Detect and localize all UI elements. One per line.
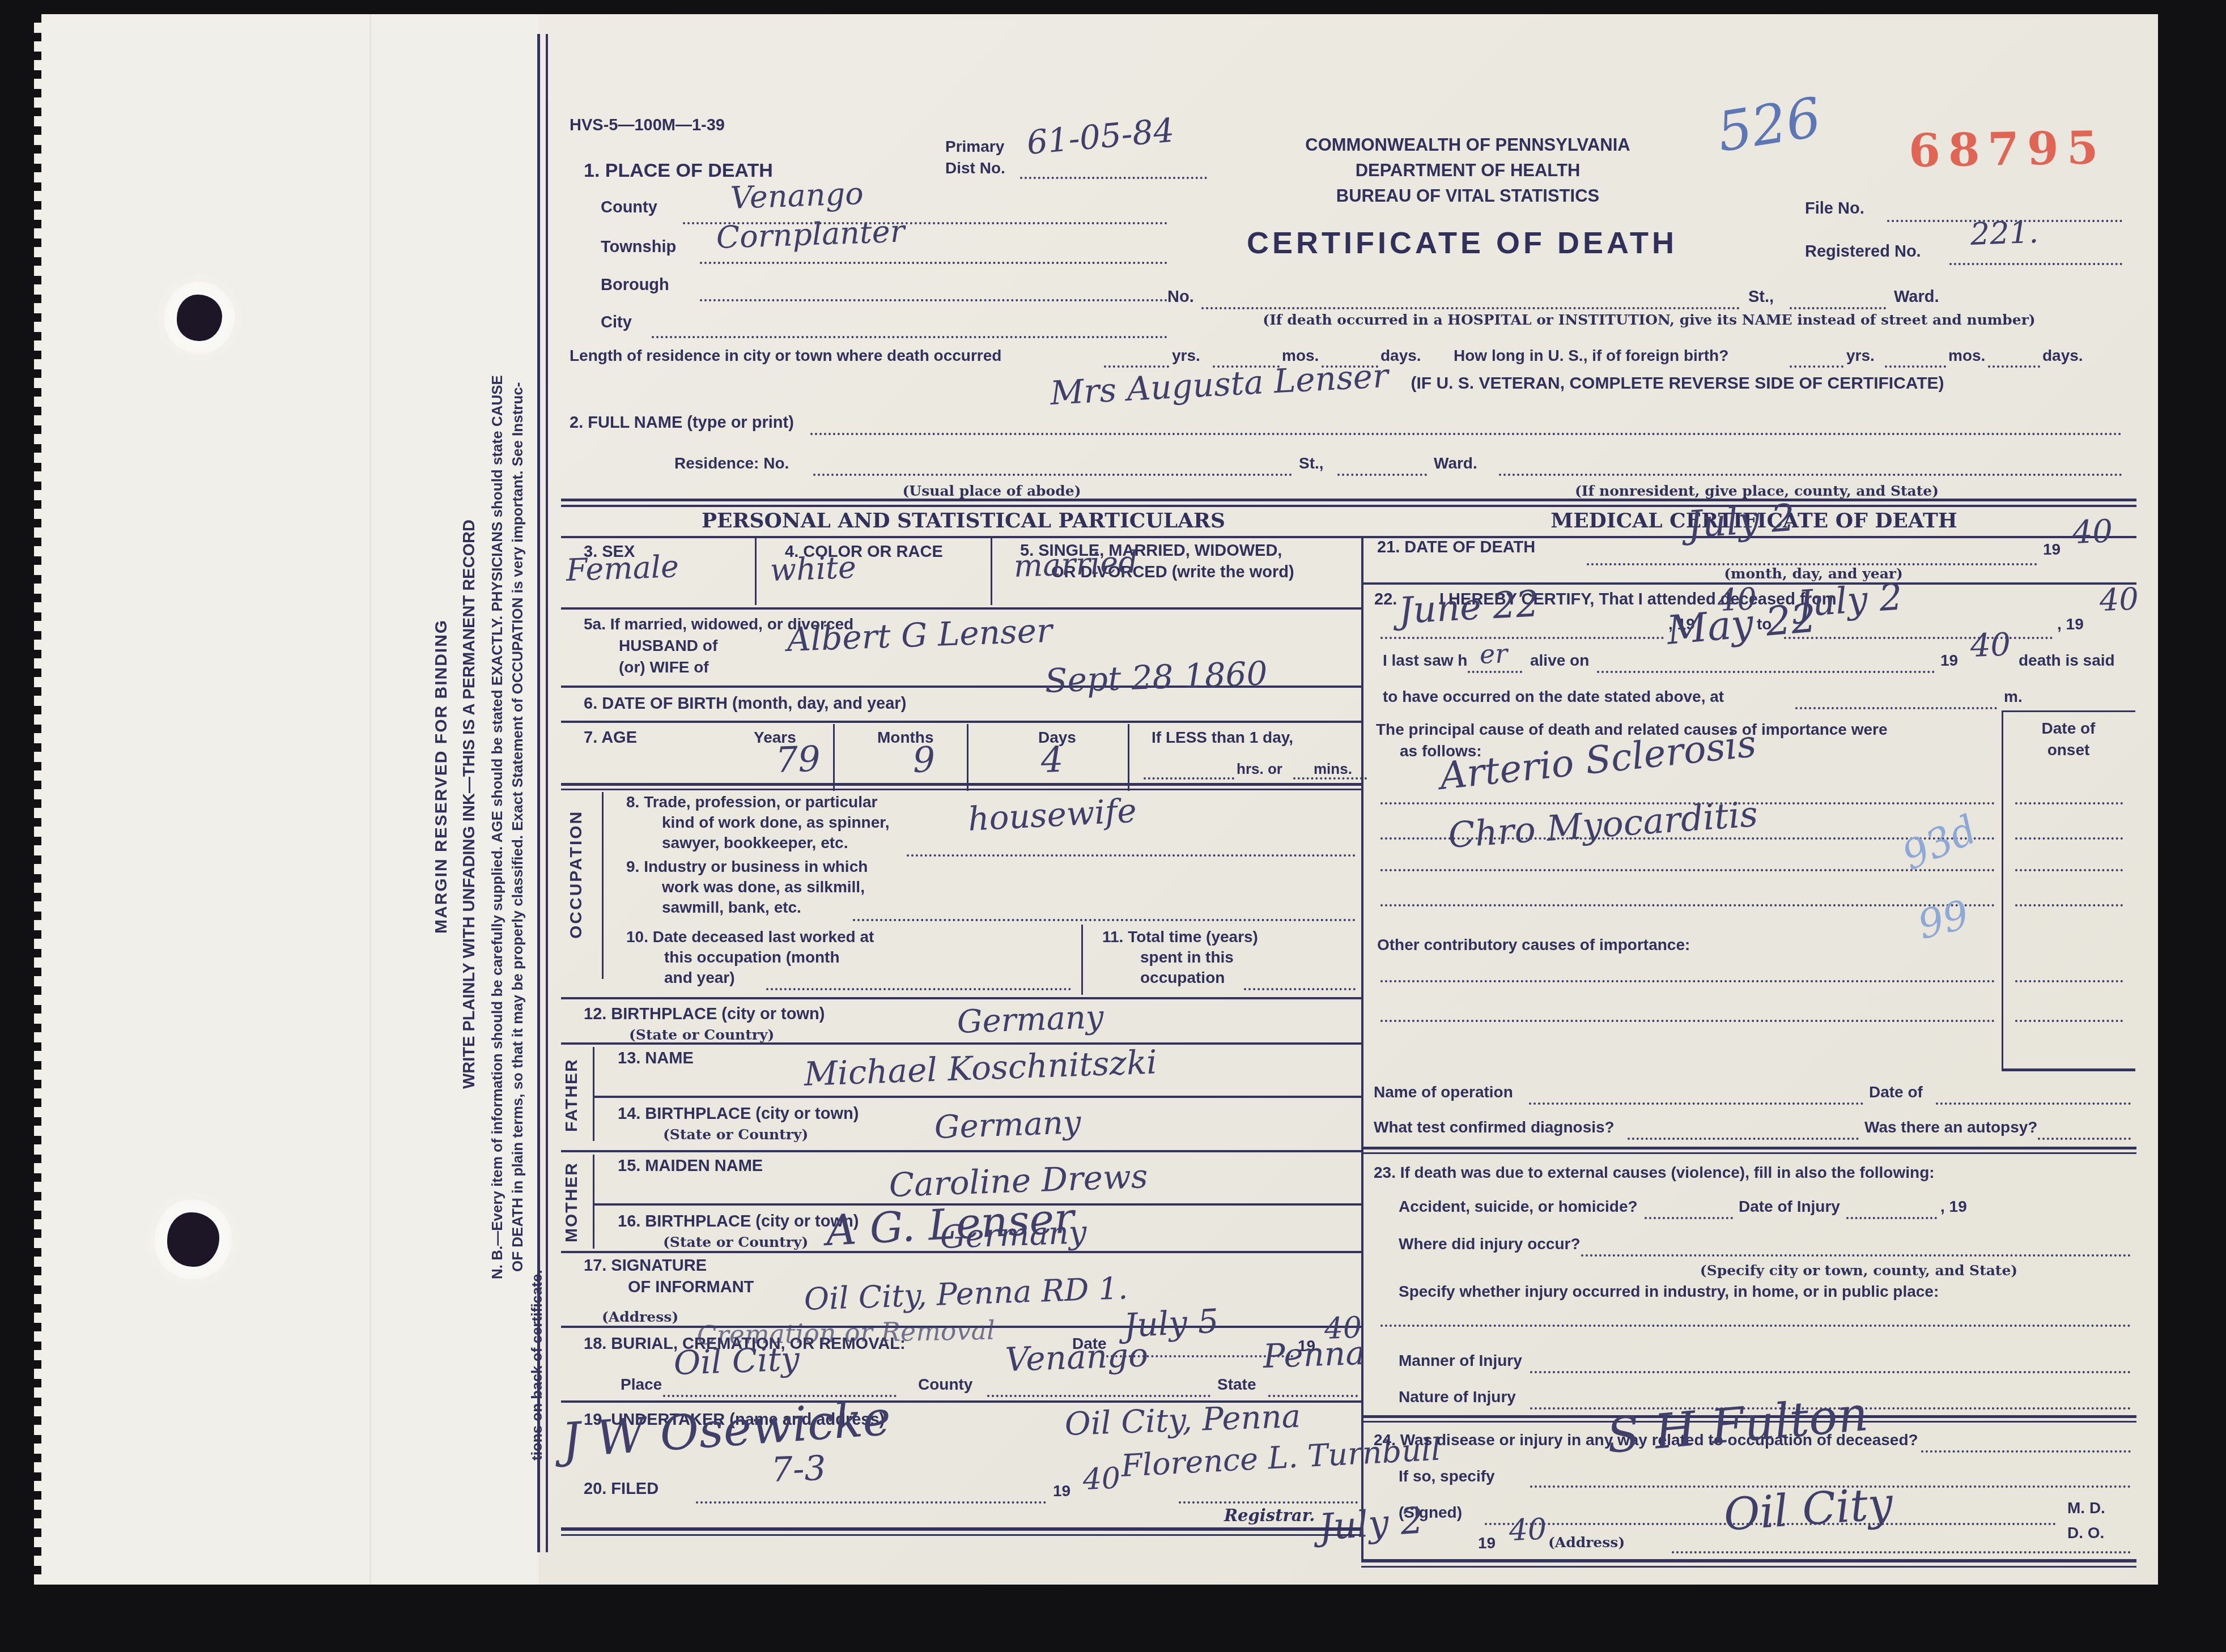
registrar-line: [1179, 1501, 1358, 1504]
rule-under-14: [561, 1150, 1361, 1152]
rule-under-6: [561, 721, 1361, 723]
township-value: Cornplanter: [716, 213, 906, 256]
crease-line: [369, 14, 371, 1585]
us-days-label: days.: [2042, 347, 2083, 365]
accident-line: [1645, 1217, 1733, 1219]
mins-label: mins.: [1314, 760, 1352, 778]
sep-10-11: [1081, 925, 1083, 995]
dod-year-value: 40: [2072, 513, 2113, 551]
us-mos-label: mos.: [1948, 347, 1985, 365]
age-months-value: 9: [912, 739, 936, 781]
township-line: [700, 262, 1167, 264]
birthplace-label: 12. BIRTHPLACE (city or town): [584, 1005, 825, 1024]
test-label: What test confirmed diagnosis?: [1374, 1118, 1615, 1136]
occupation-bracket: [602, 792, 604, 979]
operation-date-line: [1936, 1102, 2131, 1105]
rule-under-12: [561, 1042, 1361, 1045]
burial-county-label: County: [918, 1376, 972, 1394]
burial-county-line: [987, 1395, 1210, 1397]
punch-hole-bottom: [167, 1212, 219, 1267]
file-no-label: File No.: [1805, 199, 1864, 218]
date-of-death-value: July 2: [1686, 496, 1796, 547]
attended-to-line: [1784, 637, 2053, 639]
occupation-side-label: OCCUPATION: [567, 792, 586, 956]
filed-label: 20. FILED: [584, 1480, 659, 1498]
mother-birthplace-subnote: (State or Country): [663, 1234, 808, 1250]
cause-line-3: [1380, 869, 1995, 871]
hrs-label: hrs. or: [1237, 760, 1282, 778]
rule-under-occupation: [561, 997, 1361, 999]
section-divider-rule: [561, 499, 2136, 501]
certificate-title: CERTIFICATE OF DEATH: [1207, 225, 1717, 261]
occupation-related-line: [1921, 1450, 2131, 1453]
burial-state-line: [1268, 1395, 1358, 1397]
injury-19-label: , 19: [1940, 1198, 1967, 1216]
maiden-name-label: 15. MAIDEN NAME: [618, 1157, 763, 1176]
rule-under-13: [593, 1096, 1361, 1098]
residence-no-line: [813, 474, 1292, 476]
attended-from-line: [1380, 637, 1664, 639]
filed-date-value: 7-3: [771, 1449, 827, 1490]
sep-4-5: [991, 538, 992, 605]
margin-note-ink: WRITE PLAINLY WITH UNFADING INK—THIS IS …: [460, 272, 479, 1337]
onset-line-5: [2015, 980, 2123, 982]
dod-19-label: 19: [2043, 540, 2061, 559]
test-line: [1628, 1138, 1859, 1140]
trade-label-3: sawyer, bookkeeper, etc.: [662, 834, 848, 852]
last-saw-gender-line: [1468, 671, 1522, 673]
date-of-death-label: 21. DATE OF DEATH: [1377, 538, 1535, 557]
industry-line: [853, 919, 1356, 921]
mother-birthplace-label: 16. BIRTHPLACE (city or town): [618, 1212, 859, 1231]
to-19-label: , 19: [2057, 615, 2084, 633]
total-time-label-2: spent in this: [1140, 948, 1234, 966]
onset-line-4: [2015, 904, 2123, 906]
industry-home-label: Specify whether injury occurred in indus…: [1399, 1283, 1939, 1301]
autopsy-label: Was there an autopsy?: [1864, 1118, 2037, 1136]
industry-label-1: 9. Industry or business in which: [626, 858, 868, 876]
onset-line-2: [2015, 837, 2123, 840]
hospital-no-line: [1201, 307, 1740, 309]
industry-label-2: work was done, as silkmill,: [662, 878, 865, 896]
father-birthplace-subnote: (State or Country): [663, 1126, 808, 1143]
abode-note: (Usual place of abode): [810, 483, 1173, 499]
full-name-line: [810, 433, 2122, 435]
total-time-label-1: 11. Total time (years): [1102, 928, 1258, 946]
death-is-said-label: death is said: [2019, 652, 2115, 670]
us-yrs-line: [1790, 365, 1843, 368]
burial-county-value: Venango: [1005, 1335, 1149, 1379]
last-saw-gender-value: er: [1479, 638, 1508, 670]
injury-date-line: [1846, 1217, 1937, 1219]
section-divider-rule2: [561, 505, 2136, 507]
sep-days-less: [1128, 724, 1129, 791]
burial-place-value: Oil City: [673, 1339, 800, 1382]
operation-label: Name of operation: [1374, 1083, 1513, 1101]
father-birthplace-label: 14. BIRTHPLACE (city or town): [618, 1105, 859, 1123]
informant-address-label: (Address): [602, 1309, 678, 1325]
dob-value: Sept 28 1860: [1044, 654, 1268, 700]
last-worked-label-3: and year): [664, 969, 735, 987]
registered-no-value: 221.: [1970, 214, 2039, 252]
stamped-serial-number: 68795: [1908, 121, 2106, 177]
mother-side-label: MOTHER: [562, 1153, 581, 1251]
onset-header-1: Date of: [2002, 719, 2135, 738]
filed-19-label: 19: [1053, 1482, 1070, 1500]
place-of-death-heading: 1. PLACE OF DEATH: [584, 160, 773, 182]
hospital-note: (If death occurred in a HOSPITAL or INST…: [1167, 312, 2131, 328]
age-years-value: 79: [775, 738, 821, 781]
sep-3-4: [755, 538, 757, 605]
contributory-line-1: [1380, 980, 1995, 982]
heading-underline: [561, 536, 2136, 538]
last-worked-label-2: this occupation (month: [664, 948, 840, 966]
rule-under-7b: [561, 789, 1361, 790]
birthplace-subnote: (State or Country): [629, 1027, 774, 1043]
trade-label-2: kind of work done, as spinner,: [662, 814, 889, 832]
occurred-label: to have occurred on the date stated abov…: [1383, 688, 1724, 706]
column-divider: [1361, 536, 1363, 1559]
less-than-day-label: If LESS than 1 day,: [1152, 729, 1293, 747]
signed-19-label: 19: [1478, 1534, 1496, 1552]
full-name-label: 2. FULL NAME (type or print): [570, 414, 794, 432]
md-label: M. D.: [2067, 1499, 2105, 1517]
onset-box-bottom-border: [2002, 1068, 2135, 1071]
us-mos-line: [1885, 365, 1946, 368]
onset-box-left-border: [2002, 710, 2003, 1070]
mother-bracket: [593, 1155, 594, 1249]
margin-rule-outer: [537, 34, 540, 1552]
bottom-rule-left2: [561, 1534, 1361, 1536]
margin-note-binding: MARGIN RESERVED FOR BINDING: [432, 317, 451, 1235]
birthplace-value: Germany: [957, 999, 1104, 1041]
husband-of-label: HUSBAND of: [619, 637, 717, 655]
left-column-heading: PERSONAL AND STATISTICAL PARTICULARS: [567, 509, 1360, 533]
rule-under-7: [561, 783, 1361, 786]
certify-number: 22.: [1374, 590, 1397, 609]
specify-city-note: (Specify city or town, county, and State…: [1660, 1262, 2057, 1279]
contributory-label: Other contributory causes of importance:: [1377, 936, 1690, 954]
margin-note-nb: N. B.—Every item of information should b…: [488, 113, 506, 1541]
signed-address-line: [1672, 1551, 2131, 1553]
last-saw-19-label: 19: [1940, 652, 1958, 670]
rule-under-op2: [1361, 1152, 2136, 1154]
informant-signature-label: 17. SIGNATURE: [584, 1257, 707, 1275]
filed-date-line: [696, 1501, 1046, 1504]
bottom-rule-right2: [1361, 1566, 2136, 1568]
last-saw-year-value: 40: [1970, 627, 2011, 665]
operation-line: [1529, 1102, 1863, 1105]
wife-of-label: (or) WIFE of: [619, 658, 709, 676]
onset-line-6: [2015, 1020, 2123, 1022]
borough-line: [700, 299, 1167, 301]
age-days-value: 4: [1040, 739, 1064, 781]
autopsy-line: [2038, 1138, 2131, 1140]
do-label: D. O.: [2067, 1524, 2104, 1542]
contributory-line-2: [1380, 1020, 1995, 1022]
dob-label: 6. DATE OF BIRTH (month, day, and year): [584, 695, 906, 713]
ward-label: Ward.: [1894, 288, 1939, 306]
burial-state-label: State: [1217, 1376, 1256, 1394]
manner-injury-line: [1530, 1371, 2131, 1373]
where-injury-line: [1581, 1254, 2131, 1257]
external-causes-label: 23. If death was due to external causes …: [1374, 1164, 1935, 1182]
res-yrs-line: [1104, 365, 1169, 368]
total-time-label-3: occupation: [1140, 969, 1225, 987]
last-saw-label-1: I last saw h: [1383, 652, 1467, 670]
father-birthplace-value: Germany: [934, 1104, 1082, 1146]
hrs-line: [1144, 777, 1234, 780]
sep-months-days: [967, 724, 968, 791]
serrated-binding-edge: [34, 14, 41, 1585]
residence-no-label: Residence: No.: [674, 454, 789, 472]
residence-length-label: Length of residence in city or town wher…: [570, 347, 1001, 365]
nature-injury-label: Nature of Injury: [1399, 1388, 1516, 1406]
marital-value: married: [1013, 544, 1139, 584]
last-saw-label-2: alive on: [1530, 652, 1589, 670]
rule-under-16: [561, 1251, 1361, 1253]
registrar-label: Registrar.: [1224, 1506, 1315, 1525]
industry-home-line: [1380, 1325, 2131, 1327]
sep-years-months: [833, 724, 835, 791]
total-time-line: [1244, 988, 1356, 990]
city-label: City: [601, 313, 632, 332]
registered-no-label: Registered No.: [1805, 242, 1921, 261]
trade-label-1: 8. Trade, profession, or particular: [626, 793, 877, 811]
father-side-label: FATHER: [562, 1047, 581, 1143]
township-label: Township: [601, 238, 676, 257]
filed-year-value: 40: [1082, 1462, 1121, 1497]
county-value: Venango: [730, 176, 864, 216]
signed-address-label: (Address): [1548, 1534, 1625, 1551]
onset-header-2: onset: [2002, 741, 2135, 759]
margin-note-cause: OF DEATH in plain terms, so that it may …: [509, 113, 526, 1541]
how-long-us-label: How long in U. S., if of foreign birth?: [1454, 347, 1728, 365]
accident-label: Accident, suicide, or homicide?: [1399, 1198, 1638, 1216]
residence-ward-label: Ward.: [1434, 454, 1477, 472]
to-year-value: 40: [2099, 581, 2139, 618]
burial-state-value: Penna: [1263, 1334, 1366, 1376]
operation-date-label: Date of: [1869, 1083, 1923, 1101]
form-number: HVS-5—100M—1-39: [570, 116, 725, 135]
bottom-rule-right: [1361, 1559, 2136, 1562]
attended-from-value: June 22: [1397, 583, 1540, 632]
father-bracket: [593, 1047, 594, 1141]
onset-box-top-border: [2002, 710, 2135, 712]
hospital-no-label: No.: [1167, 288, 1194, 306]
department-line: DEPARTMENT OF HEALTH: [1230, 160, 1706, 181]
injury-date-label: Date of Injury: [1739, 1198, 1840, 1216]
industry-label-3: sawmill, bank, etc.: [662, 899, 801, 917]
last-worked-line: [766, 988, 1071, 990]
residence-ward-line: [1499, 474, 2122, 476]
signed-date-value: July 2: [1318, 1500, 1425, 1549]
cause-line-4: [1380, 904, 1995, 906]
manner-injury-label: Manner of Injury: [1399, 1352, 1522, 1370]
burial-place-label: Place: [621, 1376, 662, 1394]
father-name-label: 13. NAME: [618, 1049, 694, 1068]
margin-rule-inner: [546, 34, 548, 1552]
residence-st-label: St.,: [1299, 454, 1324, 472]
bureau-line: BUREAU OF VITAL STATISTICS: [1230, 186, 1706, 206]
dist-no-line: [1020, 177, 1207, 179]
punch-hole-top: [177, 295, 222, 341]
informant-signature-label-2: OF INFORMANT: [628, 1278, 754, 1297]
city-line: [652, 336, 1167, 338]
meridiem-label: m.: [2004, 688, 2023, 706]
nonresident-note: (If nonresident, give place, county, and…: [1530, 483, 1983, 499]
sex-value: Female: [566, 548, 679, 588]
borough-label: Borough: [601, 276, 669, 295]
trade-line: [907, 854, 1356, 857]
commonwealth-line: COMMONWEALTH OF PENNSYLVANIA: [1230, 135, 1706, 155]
signed-year-value: 40: [1509, 1513, 1547, 1548]
if-so-specify-label: If so, specify: [1399, 1467, 1495, 1485]
registered-no-line: [1949, 263, 2122, 265]
rule-under-op: [1361, 1147, 2136, 1149]
last-saw-line: [1597, 671, 1935, 673]
last-worked-label-1: 10. Date deceased last worked at: [626, 928, 874, 946]
residence-st-line: [1337, 474, 1427, 476]
dod-subnote: (month, day, and year): [1643, 565, 1983, 582]
race-value: white: [770, 550, 857, 588]
street-line: [1790, 307, 1886, 309]
primary-label: Primary: [945, 138, 1004, 156]
onset-line-3: [2015, 869, 2123, 871]
us-days-line: [1988, 365, 2040, 368]
occurred-time-line: [1795, 707, 1997, 709]
street-label: St.,: [1748, 288, 1774, 306]
bottom-rule-left: [561, 1527, 1361, 1531]
res-yrs-label: yrs.: [1172, 347, 1200, 365]
where-injury-label: Where did injury occur?: [1399, 1235, 1580, 1253]
dist-no-label: Dist No.: [945, 159, 1005, 177]
county-label: County: [601, 198, 657, 217]
onset-line-1: [2015, 802, 2123, 804]
us-yrs-label: yrs.: [1846, 347, 1875, 365]
rule-under-5: [561, 607, 1361, 610]
age-label: 7. AGE: [584, 729, 637, 747]
